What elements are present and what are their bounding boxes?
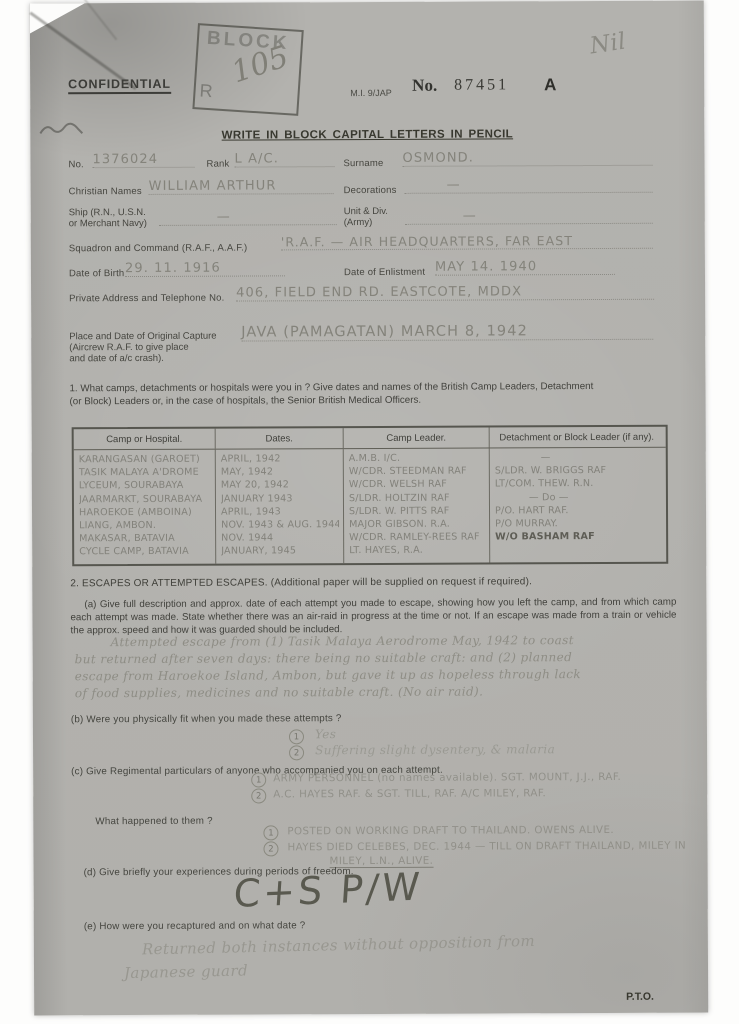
stamp-letter: R: [199, 80, 213, 102]
date-entry: APRIL, 1942: [221, 452, 339, 466]
date-entry: APRIL, 1943: [221, 505, 339, 519]
freedom-answer: C+S P/W: [232, 864, 424, 916]
paper-crease: [72, 0, 117, 40]
date-entry: MAY, 1942: [221, 465, 339, 479]
col-header-leader: Camp Leader.: [344, 427, 490, 448]
leader-entry: A.M.B. I/C.: [349, 451, 485, 465]
private-address-label: Private Address and Telephone No.: [69, 293, 224, 305]
date-of-enlistment-value: MAY 14. 1940: [435, 259, 615, 276]
col-header-dates: Dates.: [216, 428, 344, 449]
leader-entry: LT. HAYES, R.A.: [349, 544, 485, 558]
service-number-label: No.: [68, 159, 83, 170]
col-header-block-leader: Detachment or Block Leader (if any).: [490, 427, 664, 448]
leader-entry: MAJOR GIBSON. R.A.: [349, 518, 485, 532]
pencil-scribble: [38, 121, 84, 139]
leader-entry: W/CDR. RAMLEY-REES RAF: [349, 531, 485, 545]
answer-number-1: 1: [263, 825, 278, 840]
no-label: No.: [412, 76, 437, 96]
date-entry: JANUARY 1943: [221, 492, 339, 506]
fitness-answer-2: Suffering slight dysentery, & malaria: [315, 742, 555, 757]
leader-entry: S/LDR. HOLTZIN RAF: [349, 491, 485, 505]
christian-names-value: WILLIAM ARTHUR: [149, 178, 334, 195]
camps-table: Camp or Hospital. Dates. Camp Leader. De…: [72, 425, 669, 567]
decorations-label: Decorations: [344, 185, 397, 196]
section2e-question: (e) How were you recaptured and on what …: [84, 920, 306, 932]
camps-table-body: KARANGASAN (GAROET) TASIK MALAYA A'DROME…: [74, 448, 666, 565]
camp-entry: TASIK MALAYA A'DROME: [79, 466, 211, 480]
private-address-value: 406, FIELD END RD. EASTCOTE, MDDX: [236, 284, 654, 302]
squadron-command-value: 'R.A.F. — AIR HEADQUARTERS, FAR EAST: [281, 233, 653, 251]
unit-div-value: —: [405, 208, 653, 225]
date-of-birth-label: Date of Birth: [69, 268, 124, 279]
camp-entry: KARANGASAN (GAROET): [79, 453, 211, 467]
escape-answer-line3: escape from Haroekoe Island, Ambon, but …: [75, 667, 581, 683]
recapture-answer-line1: Returned both instances without oppositi…: [142, 932, 536, 959]
camp-entry: LYCEUM, SOURABAYA: [79, 479, 211, 493]
fitness-answer-1: Yes: [315, 727, 336, 741]
rank-value: L A/C.: [234, 151, 334, 167]
ship-value: —: [159, 209, 337, 226]
section2b-question: (b) Were you physically fit when you mad…: [71, 713, 342, 725]
date-entry: JANUARY, 1945: [221, 545, 339, 559]
date-entry: MAY 20, 1942: [221, 479, 339, 493]
block-leader-entry: S/LDR. W. BRIGGS RAF: [495, 464, 660, 478]
block-leader-entry: P/O. HART RAF.: [495, 504, 660, 518]
block-capitals-instruction: WRITE IN BLOCK CAPITAL LETTERS IN PENCIL: [30, 128, 704, 143]
camps-table-header: Camp or Hospital. Dates. Camp Leader. De…: [74, 427, 666, 451]
rank-label: Rank: [206, 159, 229, 170]
camp-entry: JAARMARKT, SOURABAYA: [79, 492, 211, 506]
form-paper: CONFIDENTIAL BLOCK R 105 M.I. 9/JAP No. …: [30, 1, 708, 1016]
scanned-document: CONFIDENTIAL BLOCK R 105 M.I. 9/JAP No. …: [0, 0, 739, 1024]
answer-number-1: 1: [251, 772, 266, 787]
block-leader-entry: LT/COM. THEW. R.N.: [495, 477, 660, 491]
answer-number-1: 1: [289, 729, 304, 744]
block-leader-column: — S/LDR. W. BRIGGS RAF LT/COM. THEW. R.N…: [490, 448, 664, 563]
answer-number-2: 2: [263, 841, 278, 856]
date-entry: NOV. 1944: [221, 531, 339, 545]
date-entry: NOV. 1943 & AUG. 1944: [221, 518, 339, 532]
capture-label-line1: Place and Date of Original Capture: [69, 331, 216, 343]
block-leader-entry: —: [495, 451, 660, 465]
capture-label-line3: and date of a/c crash).: [69, 353, 216, 365]
block-stamp: BLOCK R 105: [192, 23, 303, 116]
section2a-question: (a) Give full description and approx. da…: [70, 597, 676, 638]
escape-answer-line1: Attempted escape from (1) Tasik Malaya A…: [111, 633, 574, 649]
section2-heading: 2. ESCAPES OR ATTEMPTED ESCAPES. (Additi…: [70, 576, 532, 589]
ship-label-line2: or Merchant Navy): [69, 218, 147, 229]
camp-column: KARANGASAN (GAROET) TASIK MALAYA A'DROME…: [74, 450, 216, 565]
leader-entry: S/LDR. W. PITTS RAF: [349, 504, 485, 518]
surname-label: Surname: [343, 158, 383, 169]
answer-number-2: 2: [289, 745, 304, 760]
camp-entry: LIANG, AMBON.: [79, 519, 211, 533]
escape-answer-line2: but returned after seven days: there bei…: [75, 650, 573, 666]
surname-value: OSMOND.: [402, 150, 652, 167]
leader-entry: W/CDR. WELSH RAF: [349, 478, 485, 492]
camp-entry: HAROEKOE (AMBOINA): [79, 506, 211, 520]
unit-div-label-line2: (Army): [344, 217, 388, 228]
confidential-marking: CONFIDENTIAL: [68, 77, 171, 94]
outcome-answer-2: HAYES DIED CELEBES, DEC. 1944 — TILL ON …: [287, 840, 667, 854]
companions-answer-2: A.C. HAYES RAF. & SGT. TILL, RAF. A/C MI…: [273, 787, 546, 800]
christian-names-label: Christian Names: [69, 186, 142, 197]
squadron-command-label: Squadron and Command (R.A.F., A.A.F.): [69, 243, 248, 255]
question1-line2: (or Block) Leaders or, in the case of ho…: [70, 393, 674, 408]
date-of-birth-value: 29. 11. 1916: [125, 260, 285, 277]
ship-label-line1: Ship (R.N., U.S.N.: [69, 207, 147, 218]
nil-annotation: Nil: [588, 29, 627, 60]
dates-column: APRIL, 1942 MAY, 1942 MAY 20, 1942 JANUA…: [216, 449, 344, 564]
recapture-answer-line2: Japanese guard: [124, 961, 248, 982]
block-leader-entry: P/O MURRAY.: [495, 517, 660, 531]
capture-label-line2: (Aircrew R.A.F. to give place: [69, 342, 216, 354]
block-leader-entry: W/O BASHAM RAF: [495, 530, 660, 544]
serial-number: 87451: [454, 76, 509, 94]
form-reference: M.I. 9/JAP: [350, 88, 392, 98]
leader-column: A.M.B. I/C. W/CDR. STEEDMAN RAF W/CDR. W…: [344, 448, 490, 563]
question1-line1: 1. What camps, detachments or hospitals …: [69, 381, 673, 396]
unit-div-label-line1: Unit & Div.: [344, 206, 388, 217]
what-happened-question: What happened to them ?: [95, 816, 212, 828]
date-of-enlistment-label: Date of Enlistment: [344, 267, 425, 278]
answer-number-2: 2: [251, 788, 266, 803]
leader-entry: W/CDR. STEEDMAN RAF: [349, 465, 485, 479]
outcome-answer-1: POSTED ON WORKING DRAFT TO THAILAND. OWE…: [287, 824, 614, 837]
camp-entry: MAKASAR, BATAVIA: [79, 532, 211, 546]
camp-entry: CYCLE CAMP, BATAVIA: [79, 545, 211, 559]
col-header-camp: Camp or Hospital.: [74, 429, 216, 450]
pto-marker: P.T.O.: [626, 991, 654, 1003]
serial-suffix: A: [544, 75, 556, 95]
block-leader-entry: — Do —: [495, 490, 660, 504]
service-number-value: 1376024: [92, 152, 194, 168]
escape-answer-line4: of food supplies, medicines and no suita…: [75, 685, 484, 701]
companions-answer-1: ARMY PERSONNEL (no names available). SGT…: [273, 771, 621, 785]
capture-value: JAVA (PAMAGATAN) MARCH 8, 1942: [241, 323, 653, 342]
decorations-value: —: [405, 177, 653, 194]
